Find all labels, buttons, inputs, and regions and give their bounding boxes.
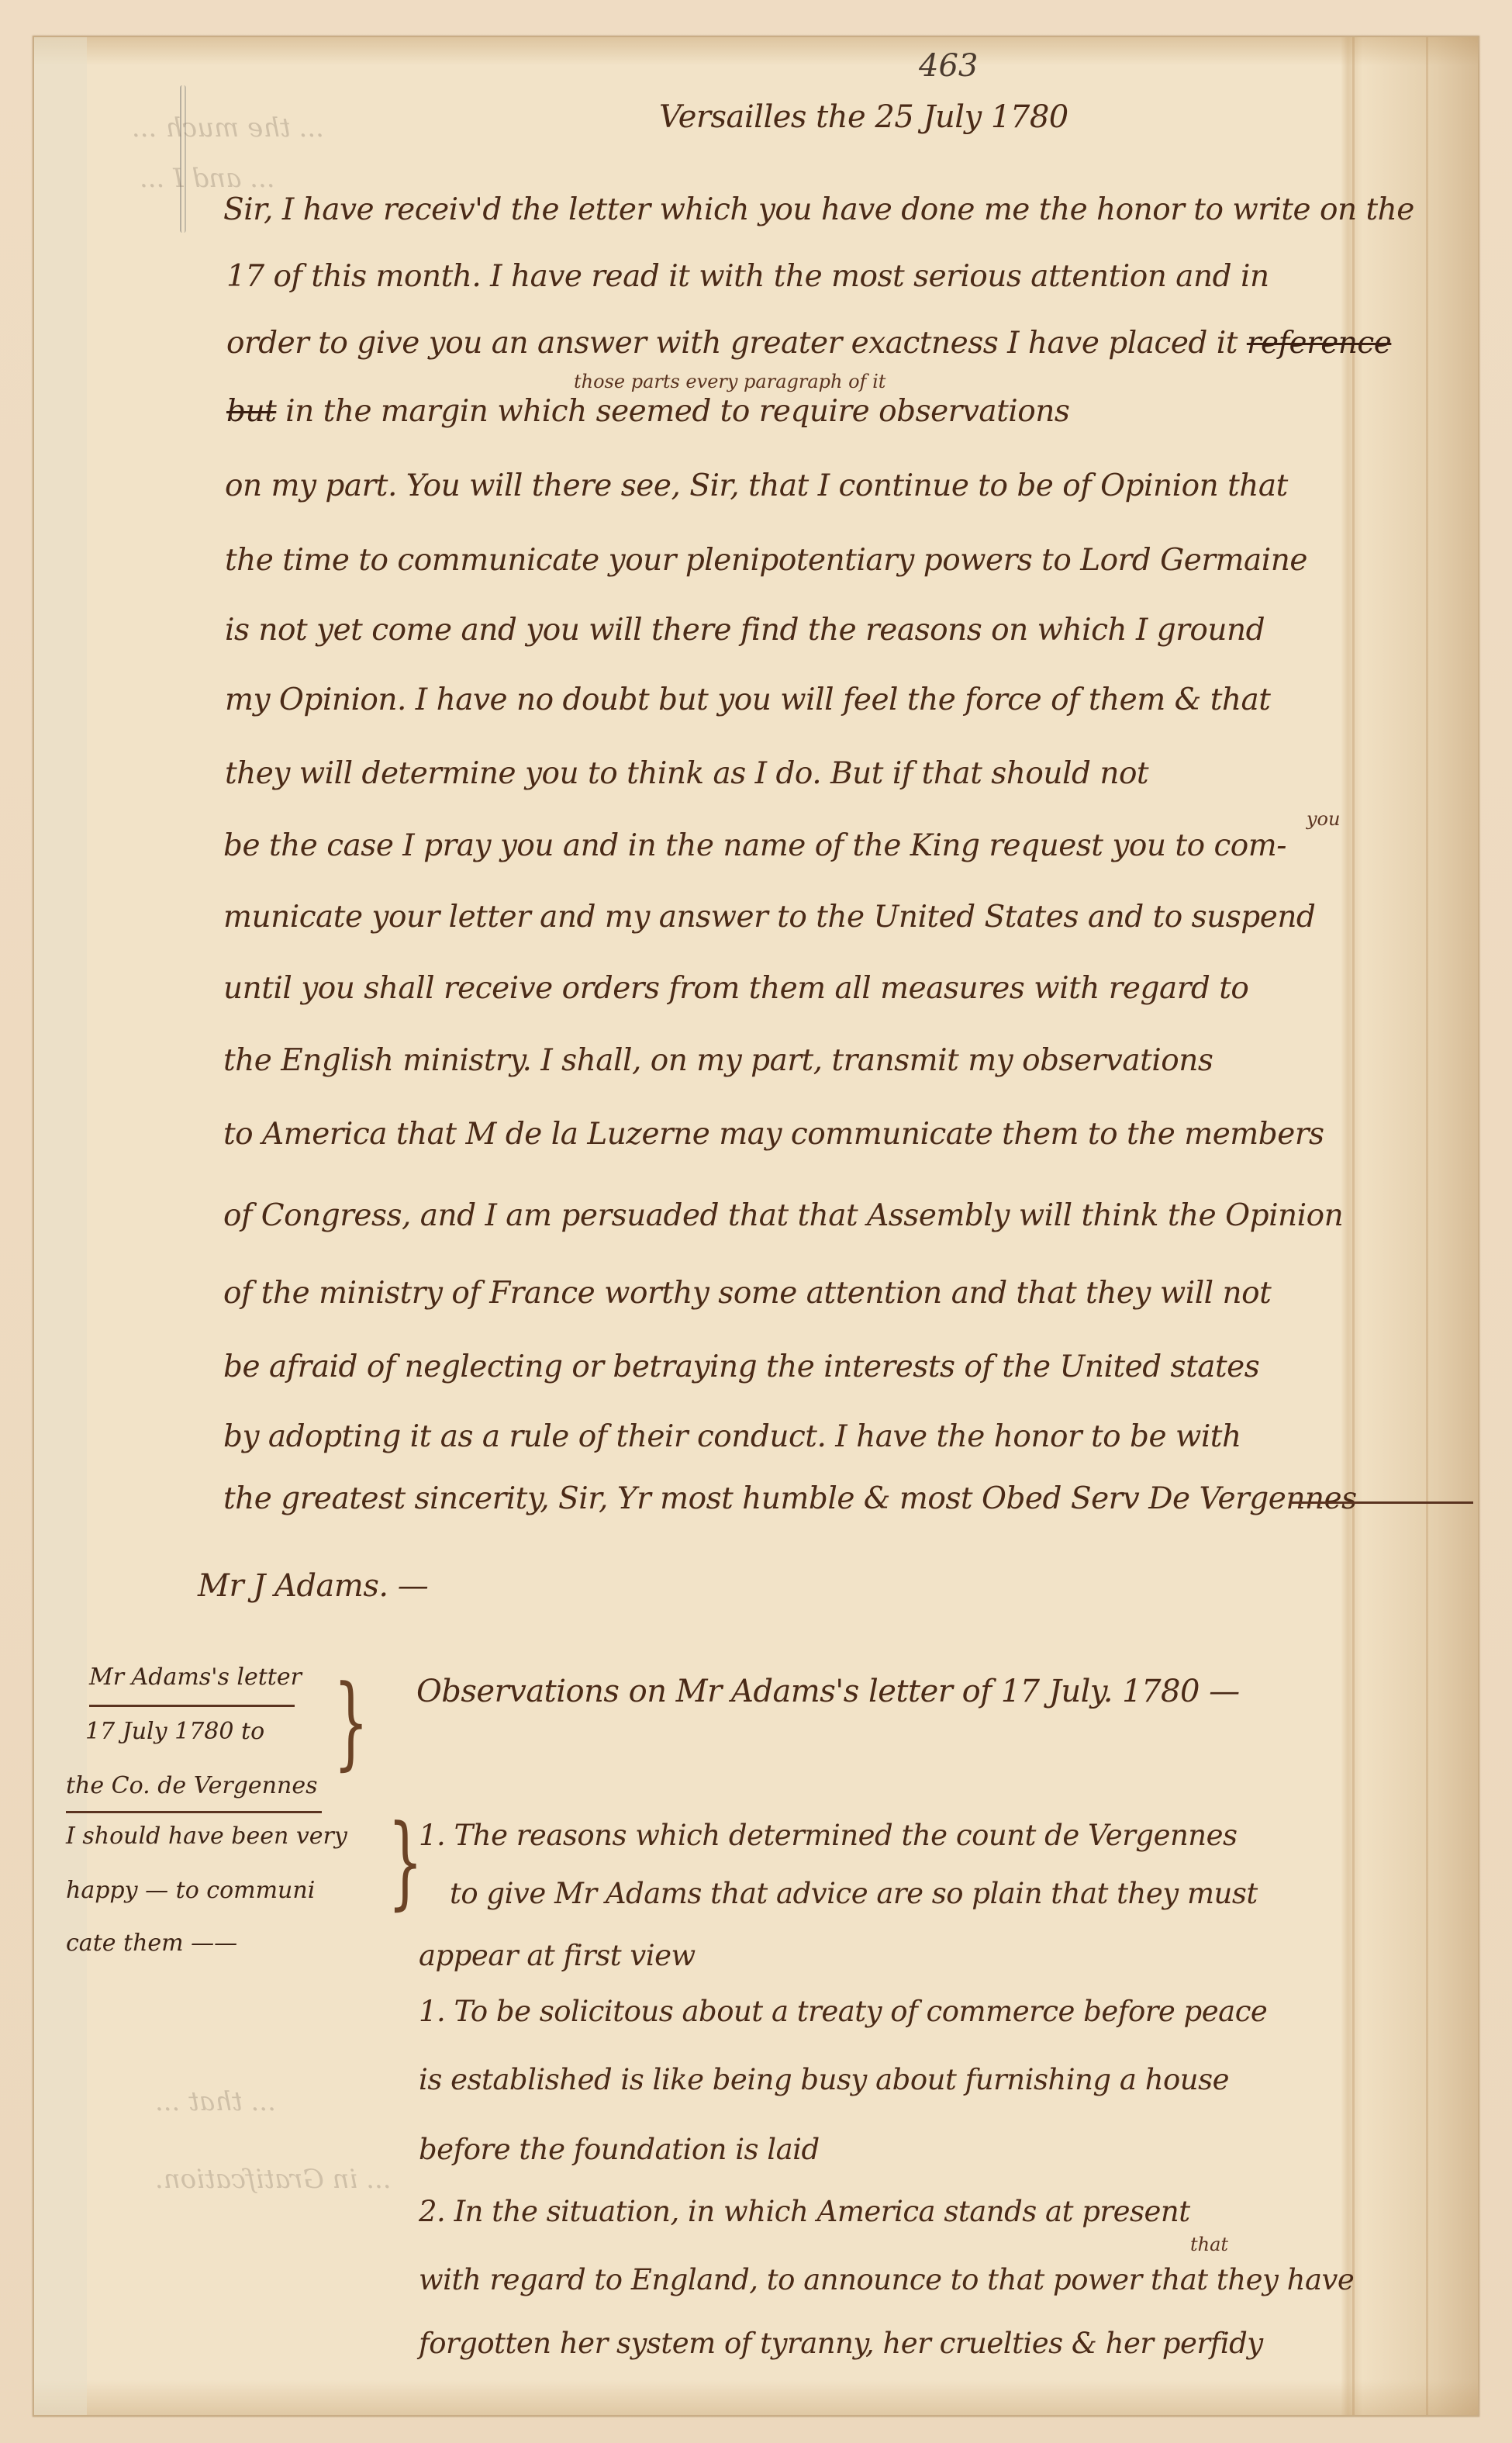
observation-line: is established is like being busy about … [419, 2063, 1229, 2096]
letter-line: they will determine you to think as I do… [225, 756, 1148, 791]
observation-line: before the foundation is laid [419, 2133, 820, 2166]
observation-line: appear at first view [419, 1939, 696, 1972]
observation-line: forgotten her system of tyranny, her cru… [419, 2327, 1263, 2360]
letter-line: 17 of this month. I have read it with th… [226, 259, 1269, 294]
margin-underline [89, 1705, 295, 1707]
closing-and-signature: the greatest sincerity, Sir, Yr most hum… [223, 1481, 1357, 1516]
pencil-mark [180, 85, 186, 233]
margin-note-line: I should have been very [66, 1823, 347, 1850]
margin-underline [66, 1811, 322, 1813]
margin-note-line: happy — to communi [66, 1877, 315, 1904]
letter-line: be afraid of neglecting or betraying the… [223, 1349, 1259, 1384]
observation-line: 1. The reasons which determined the coun… [419, 1819, 1238, 1852]
margin-note-line: Mr Adams's letter [89, 1664, 302, 1691]
curly-brace: } [333, 1671, 368, 1772]
letter-line: to America that M de la Luzerne may comm… [223, 1117, 1324, 1152]
bleed-through-text: ... in Gratifcation. [155, 2164, 392, 2195]
paper-repair-strip [34, 37, 87, 2415]
letter-line: but in the margin which seemed to requir… [226, 394, 1069, 429]
struck-word: but [226, 394, 276, 429]
bleed-through-text: ... that ... [155, 2086, 276, 2117]
observation-line: 1. To be solicitous about a treaty of co… [419, 1995, 1267, 2028]
margin-note-line: cate them —— [66, 1930, 237, 1957]
letter-line: is not yet come and you will there find … [225, 613, 1265, 648]
fold-line [1352, 37, 1355, 2415]
interlinear-insertion: that [1190, 2234, 1228, 2255]
letter-line-text: in the margin which seemed to require ob… [285, 394, 1069, 429]
signature-underline [1291, 1501, 1473, 1504]
dateline: Versailles the 25 July 1780 [659, 99, 1068, 135]
bleed-through-text: ... the much ... [132, 112, 324, 143]
letter-line: the time to communicate your plenipotent… [225, 543, 1307, 578]
letter-line: municate your letter and my answer to th… [223, 900, 1315, 935]
observation-line: to give Mr Adams that advice are so plai… [450, 1877, 1258, 1910]
letter-line-text: order to give you an answer with greater… [226, 326, 1238, 361]
letter-line: by adopting it as a rule of their conduc… [223, 1419, 1241, 1454]
folio-number: 463 [919, 48, 978, 84]
observation-line: 2. In the situation, in which America st… [419, 2195, 1190, 2228]
letter-line: order to give you an answer with greater… [226, 326, 1391, 361]
letter-line: be the case I pray you and in the name o… [223, 828, 1286, 863]
margin-note-line: the Co. de Vergennes [66, 1772, 317, 1799]
archival-mount: ... the much ... ... and I ... ... that … [0, 0, 1512, 2443]
curly-brace: } [388, 1811, 423, 1912]
struck-word: reference [1247, 326, 1392, 361]
interlinear-insertion: those parts every paragraph of it [574, 371, 885, 392]
letter-line: the English ministry. I shall, on my par… [223, 1043, 1213, 1078]
interlinear-insertion: you [1307, 808, 1340, 830]
letter-line: my Opinion. I have no doubt but you will… [225, 682, 1270, 717]
addressee: Mr J Adams. — [198, 1568, 428, 1604]
letter-line: Sir, I have receiv'd the letter which yo… [223, 192, 1414, 227]
letter-line: of the ministry of France worthy some at… [223, 1276, 1271, 1311]
letter-line: on my part. You will there see, Sir, tha… [225, 468, 1288, 503]
letter-line: until you shall receive orders from them… [223, 971, 1248, 1006]
bleed-through-text: ... and I ... [140, 163, 275, 194]
margin-note-line: 17 July 1780 to [85, 1718, 264, 1745]
fold-line [1426, 37, 1428, 2415]
observation-line: with regard to England, to announce to t… [419, 2263, 1354, 2296]
observations-title: Observations on Mr Adams's letter of 17 … [416, 1674, 1240, 1709]
letter-line: of Congress, and I am persuaded that tha… [223, 1198, 1343, 1233]
